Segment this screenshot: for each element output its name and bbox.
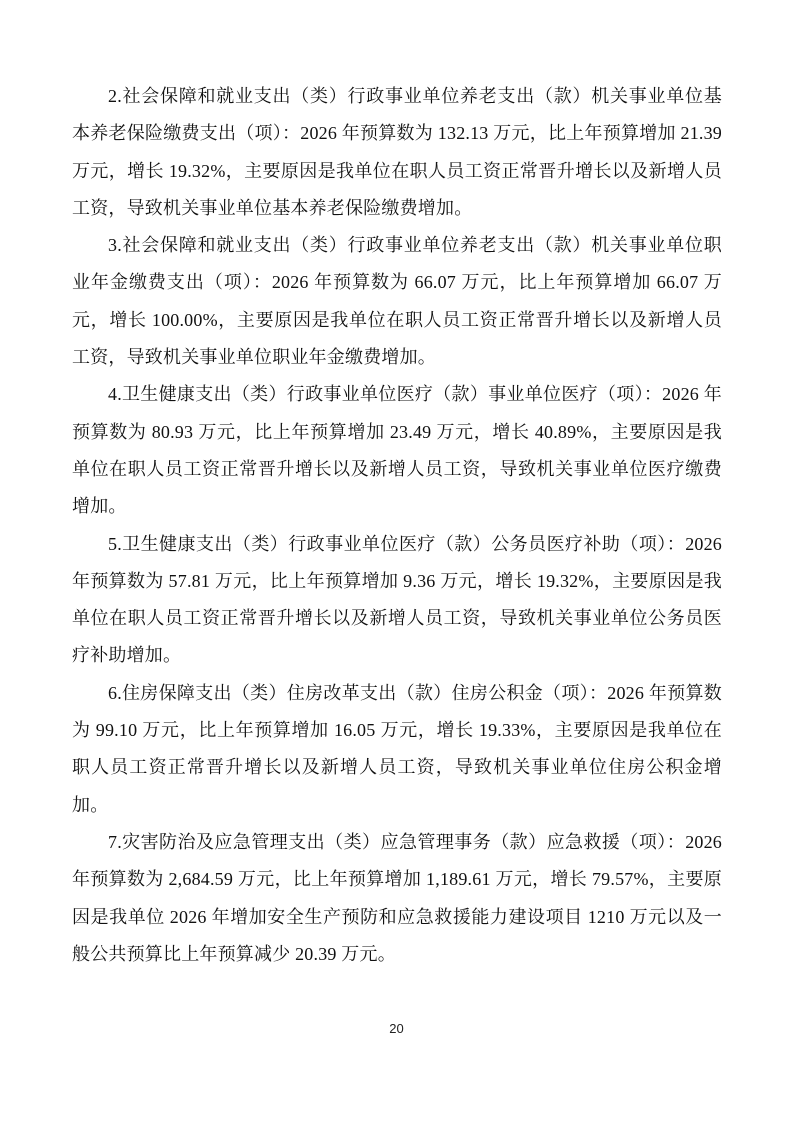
body-paragraph: 6.住房保障支出（类）住房改革支出（款）住房公积金（项）：2026 年预算数为 …	[72, 675, 722, 824]
page-number: 20	[389, 1021, 403, 1036]
body-paragraph: 2.社会保障和就业支出（类）行政事业单位养老支出（款）机关事业单位基本养老保险缴…	[72, 78, 722, 227]
page-footer: 20	[0, 1020, 793, 1038]
document-page: 2.社会保障和就业支出（类）行政事业单位养老支出（款）机关事业单位基本养老保险缴…	[0, 0, 793, 1122]
body-paragraph: 5.卫生健康支出（类）行政事业单位医疗（款）公务员医疗补助（项）：2026 年预…	[72, 526, 722, 675]
body-paragraph: 3.社会保障和就业支出（类）行政事业单位养老支出（款）机关事业单位职业年金缴费支…	[72, 227, 722, 376]
body-paragraph: 4.卫生健康支出（类）行政事业单位医疗（款）事业单位医疗（项）：2026 年预算…	[72, 376, 722, 525]
body-paragraph: 7.灾害防治及应急管理支出（类）应急管理事务（款）应急救援（项）：2026 年预…	[72, 824, 722, 973]
